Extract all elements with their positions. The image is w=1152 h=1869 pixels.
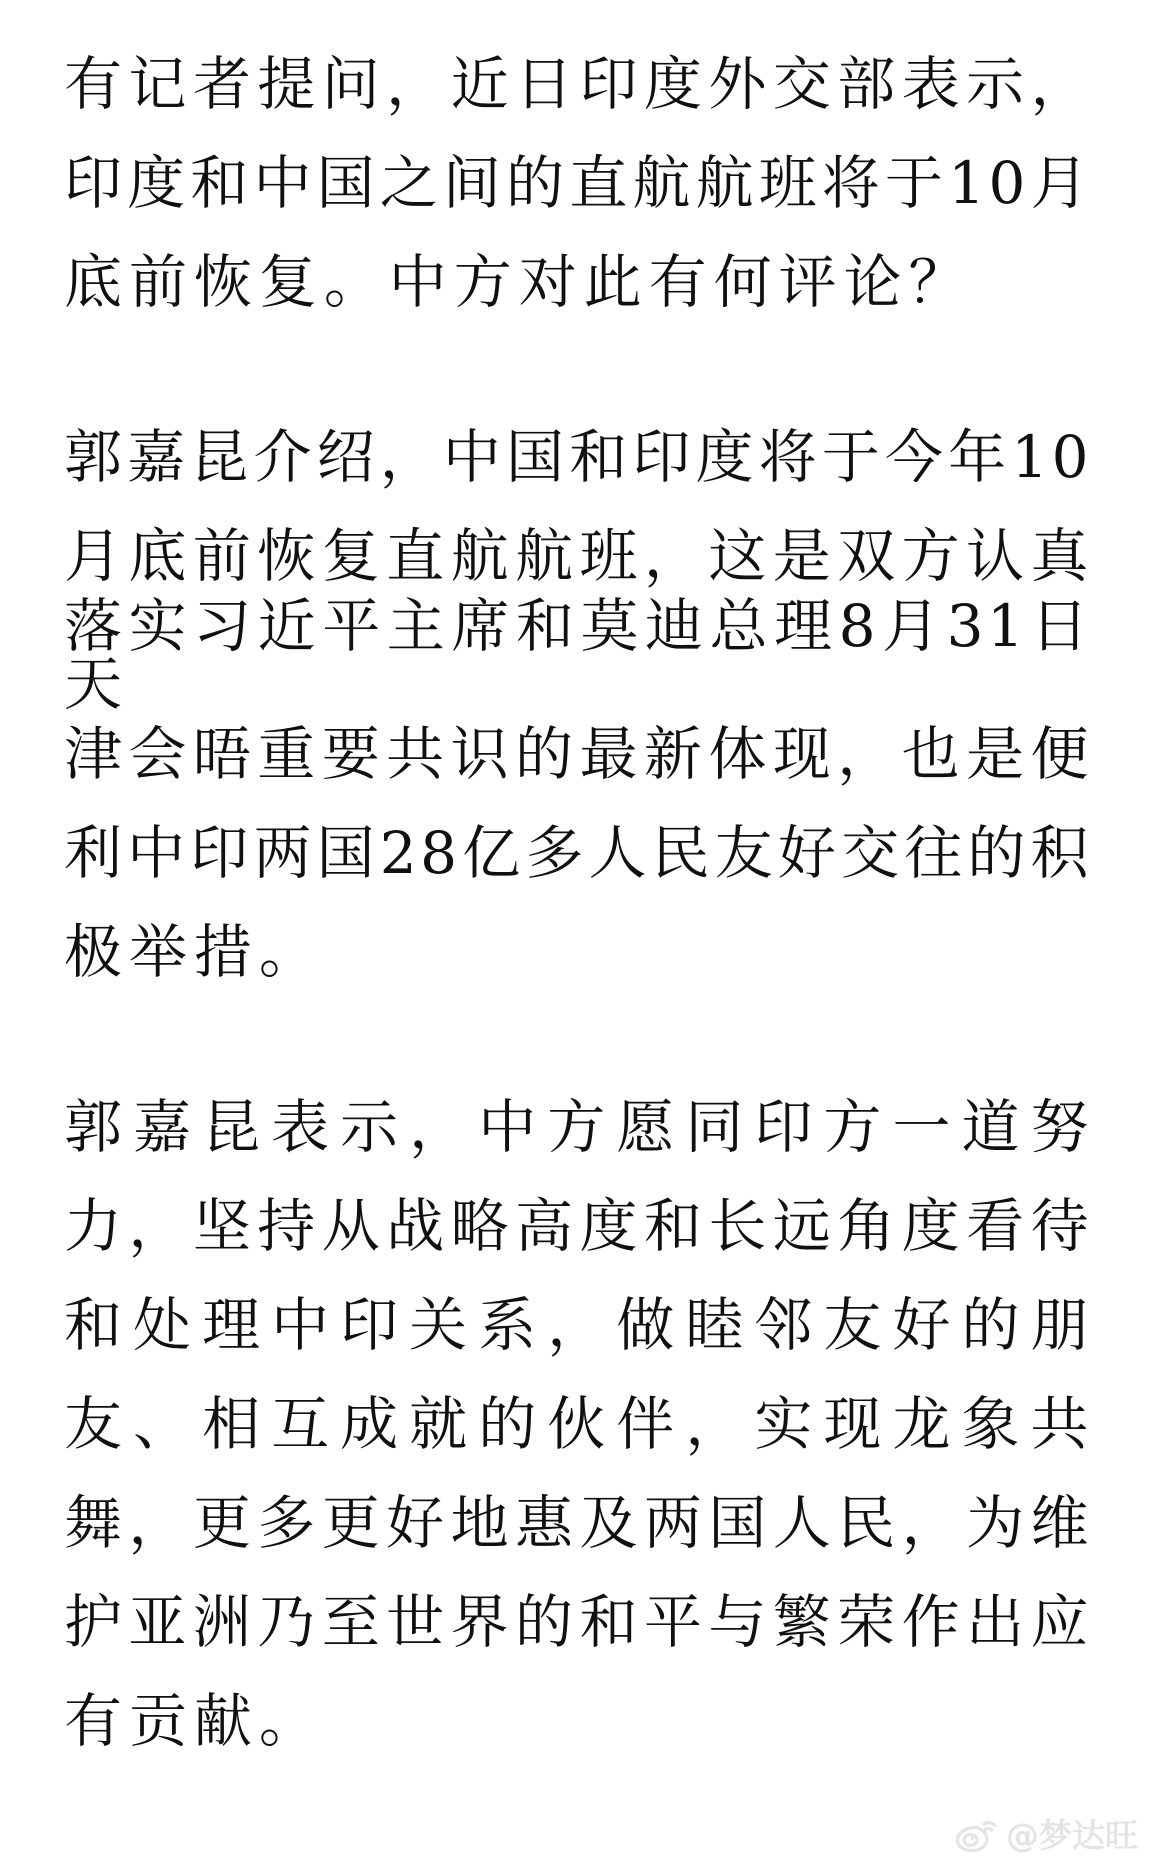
text-line-content: 郭嘉昆介绍，中国和印度将于今年10 bbox=[64, 428, 1092, 486]
text-line: 津会晤重要共识的最新体现，也是便 bbox=[64, 704, 1092, 803]
text-line: 友、相互成就的伙伴，实现龙象共 bbox=[64, 1374, 1092, 1473]
text-line: 落实习近平主席和莫迪总理8月31日天 bbox=[64, 605, 1092, 704]
text-line-content: 极举措。 bbox=[64, 923, 1092, 981]
question-paragraph: 有记者提问，近日印度外交部表示， 印度和中国之间的直航航班将于10月 底前恢复。… bbox=[64, 34, 1092, 331]
text-line: 底前恢复。中方对此有何评论？ bbox=[64, 232, 1092, 331]
text-line-content: 利中印两国28亿多人民友好交往的积 bbox=[64, 824, 1092, 882]
text-line-content: 有贡献。 bbox=[64, 1692, 1092, 1750]
answer-paragraph-2: 郭嘉昆表示，中方愿同印方一道努 力，坚持从战略高度和长远角度看待 和处理中印关系… bbox=[64, 1077, 1092, 1770]
text-line-content: 友、相互成就的伙伴，实现龙象共 bbox=[64, 1395, 1092, 1453]
text-line-content: 郭嘉昆表示，中方愿同印方一道努 bbox=[64, 1098, 1092, 1156]
text-screenshot-page: 有记者提问，近日印度外交部表示， 印度和中国之间的直航航班将于10月 底前恢复。… bbox=[0, 0, 1152, 1869]
text-line-content: 底前恢复。中方对此有何评论？ bbox=[64, 253, 1092, 311]
text-line: 印度和中国之间的直航航班将于10月 bbox=[64, 133, 1092, 232]
text-line-content: 护亚洲乃至世界的和平与繁荣作出应 bbox=[64, 1593, 1092, 1651]
text-line-content: 舞，更多更好地惠及两国人民，为维 bbox=[64, 1494, 1092, 1552]
text-line: 有记者提问，近日印度外交部表示， bbox=[64, 34, 1092, 133]
text-line-content: 和处理中印关系，做睦邻友好的朋 bbox=[64, 1296, 1092, 1354]
weibo-watermark: @梦达旺 bbox=[954, 1810, 1138, 1857]
text-line-content: 力，坚持从战略高度和长远角度看待 bbox=[64, 1197, 1092, 1255]
text-line-content: 月底前恢复直航航班，这是双方认真 bbox=[64, 527, 1092, 585]
weibo-icon bbox=[954, 1815, 998, 1853]
watermark-handle: @梦达旺 bbox=[1006, 1810, 1138, 1857]
text-line: 利中印两国28亿多人民友好交往的积 bbox=[64, 803, 1092, 902]
text-line: 有贡献。 bbox=[64, 1671, 1092, 1770]
text-line-content: 落实习近平主席和莫迪总理8月31日天 bbox=[64, 597, 1092, 713]
text-line: 和处理中印关系，做睦邻友好的朋 bbox=[64, 1275, 1092, 1374]
text-line: 郭嘉昆表示，中方愿同印方一道努 bbox=[64, 1077, 1092, 1176]
text-line-content: 印度和中国之间的直航航班将于10月 bbox=[64, 154, 1092, 212]
text-line: 舞，更多更好地惠及两国人民，为维 bbox=[64, 1473, 1092, 1572]
text-column: 有记者提问，近日印度外交部表示， 印度和中国之间的直航航班将于10月 底前恢复。… bbox=[0, 0, 1152, 1770]
text-line: 护亚洲乃至世界的和平与繁荣作出应 bbox=[64, 1572, 1092, 1671]
text-line-content: 津会晤重要共识的最新体现，也是便 bbox=[64, 725, 1092, 783]
text-line: 郭嘉昆介绍，中国和印度将于今年10 bbox=[64, 407, 1092, 506]
text-line-content: 有记者提问，近日印度外交部表示， bbox=[64, 55, 1092, 113]
text-line: 极举措。 bbox=[64, 902, 1092, 1001]
answer-paragraph-1: 郭嘉昆介绍，中国和印度将于今年10 月底前恢复直航航班，这是双方认真 落实习近平… bbox=[64, 407, 1092, 1001]
text-line: 力，坚持从战略高度和长远角度看待 bbox=[64, 1176, 1092, 1275]
text-line: 月底前恢复直航航班，这是双方认真 bbox=[64, 506, 1092, 605]
